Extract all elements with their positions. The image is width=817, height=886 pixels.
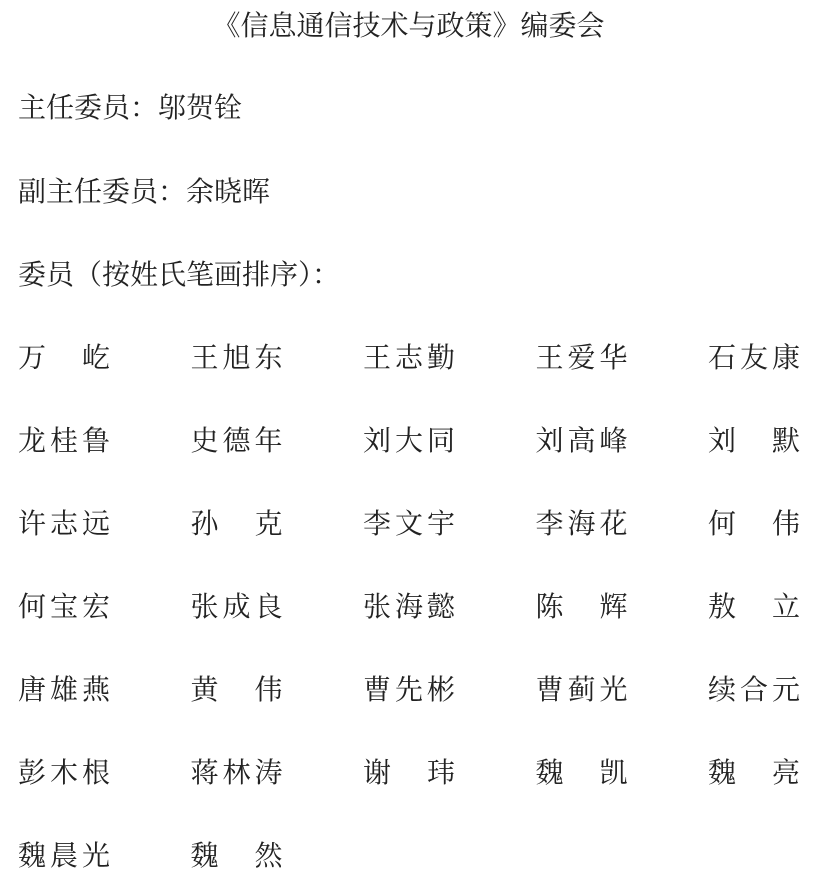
member-name: 刘默 bbox=[708, 421, 800, 461]
member-name-char: 友 bbox=[740, 338, 768, 378]
director-label: 主任委员： bbox=[18, 91, 158, 124]
member-name-char: 魏 bbox=[18, 836, 46, 876]
member-name-char: 石 bbox=[708, 338, 736, 378]
member-name-char: 成 bbox=[222, 587, 250, 627]
member-name-char: 彭 bbox=[18, 753, 46, 793]
member-name-char: 先 bbox=[395, 670, 423, 710]
member-name-char: 玮 bbox=[427, 753, 455, 793]
member-name: 张海懿 bbox=[363, 587, 455, 627]
member-name: 魏晨光 bbox=[18, 836, 110, 876]
member-name: 魏然 bbox=[191, 836, 283, 876]
member-name-char: 懿 bbox=[427, 587, 455, 627]
member-name-char: 张 bbox=[363, 587, 391, 627]
member-name-char: 唐 bbox=[18, 670, 46, 710]
member-name-char: 海 bbox=[567, 504, 595, 544]
member-name-char: 刘 bbox=[363, 421, 391, 461]
member-name-char: 谢 bbox=[363, 753, 391, 793]
member-name-char: 花 bbox=[599, 504, 627, 544]
member-name: 曹蓟光 bbox=[536, 670, 628, 710]
member-name-char: 华 bbox=[599, 338, 627, 378]
member-name: 彭木根 bbox=[18, 753, 110, 793]
member-name: 王志勤 bbox=[363, 338, 455, 378]
member-name: 李文宇 bbox=[363, 504, 455, 544]
member-name-char: 合 bbox=[740, 670, 768, 710]
member-name-char: 凯 bbox=[599, 753, 627, 793]
member-name: 史德年 bbox=[191, 421, 283, 461]
member-name: 何伟 bbox=[708, 504, 800, 544]
member-name: 魏凯 bbox=[536, 753, 628, 793]
members-heading: 委员（按姓氏笔画排序）： bbox=[18, 255, 340, 295]
deputy-director-line: 副主任委员：余晓晖 bbox=[18, 172, 270, 212]
member-name-char: 万 bbox=[18, 338, 46, 378]
member-name-char: 蓟 bbox=[567, 670, 595, 710]
member-name-char: 同 bbox=[427, 421, 455, 461]
member-name-char: 伟 bbox=[254, 670, 282, 710]
member-name: 黄伟 bbox=[191, 670, 283, 710]
member-name-char: 德 bbox=[222, 421, 250, 461]
member-name-char: 鲁 bbox=[82, 421, 110, 461]
member-name-char: 许 bbox=[18, 504, 46, 544]
member-name: 曹先彬 bbox=[363, 670, 455, 710]
member-name: 敖立 bbox=[708, 587, 800, 627]
member-name-char: 东 bbox=[254, 338, 282, 378]
member-name-char: 张 bbox=[191, 587, 219, 627]
member-name-char: 大 bbox=[395, 421, 423, 461]
member-name: 刘高峰 bbox=[536, 421, 628, 461]
director-line: 主任委员：邬贺铨 bbox=[18, 88, 242, 128]
member-name-char: 林 bbox=[222, 753, 250, 793]
member-name-char: 宇 bbox=[427, 504, 455, 544]
member-name-char: 康 bbox=[772, 338, 800, 378]
member-name-char: 宝 bbox=[50, 587, 78, 627]
member-name: 谢玮 bbox=[363, 753, 455, 793]
member-name-char: 志 bbox=[50, 504, 78, 544]
member-name-char: 屹 bbox=[82, 338, 110, 378]
member-name-char: 龙 bbox=[18, 421, 46, 461]
member-name-char: 何 bbox=[18, 587, 46, 627]
member-name-char: 勤 bbox=[427, 338, 455, 378]
member-name-char: 陈 bbox=[536, 587, 564, 627]
member-name-char: 彬 bbox=[427, 670, 455, 710]
member-name: 万屹 bbox=[18, 338, 110, 378]
page-title: 《信息通信技术与政策》编委会 bbox=[0, 6, 817, 46]
member-name: 龙桂鲁 bbox=[18, 421, 110, 461]
member-name: 许志远 bbox=[18, 504, 110, 544]
member-name-char: 立 bbox=[772, 587, 800, 627]
member-name: 王旭东 bbox=[191, 338, 283, 378]
director-name: 邬贺铨 bbox=[158, 91, 242, 124]
member-name-char: 魏 bbox=[191, 836, 219, 876]
member-name: 刘大同 bbox=[363, 421, 455, 461]
member-name-char: 辉 bbox=[599, 587, 627, 627]
member-name-char: 李 bbox=[363, 504, 391, 544]
member-name-char: 何 bbox=[708, 504, 736, 544]
member-name-char: 峰 bbox=[599, 421, 627, 461]
member-name-char: 雄 bbox=[50, 670, 78, 710]
member-name-char: 亮 bbox=[772, 753, 800, 793]
member-name: 陈辉 bbox=[536, 587, 628, 627]
member-name-char: 然 bbox=[254, 836, 282, 876]
member-name: 魏亮 bbox=[708, 753, 800, 793]
member-name-char: 续 bbox=[708, 670, 736, 710]
member-name-char: 王 bbox=[363, 338, 391, 378]
member-name-char: 史 bbox=[191, 421, 219, 461]
member-name: 唐雄燕 bbox=[18, 670, 110, 710]
member-name-char: 光 bbox=[82, 836, 110, 876]
member-name-char: 曹 bbox=[363, 670, 391, 710]
member-name-char: 黄 bbox=[191, 670, 219, 710]
member-name-char: 志 bbox=[395, 338, 423, 378]
member-name-char: 晨 bbox=[50, 836, 78, 876]
member-name-char: 旭 bbox=[222, 338, 250, 378]
member-name-char: 王 bbox=[536, 338, 564, 378]
member-name-char: 涛 bbox=[254, 753, 282, 793]
member-name-char: 远 bbox=[82, 504, 110, 544]
member-name: 张成良 bbox=[191, 587, 283, 627]
member-name-char: 桂 bbox=[50, 421, 78, 461]
member-name: 石友康 bbox=[708, 338, 800, 378]
member-name-char: 海 bbox=[395, 587, 423, 627]
member-name: 李海花 bbox=[536, 504, 628, 544]
member-name-char: 元 bbox=[772, 670, 800, 710]
member-name-char: 良 bbox=[254, 587, 282, 627]
member-name: 何宝宏 bbox=[18, 587, 110, 627]
member-name: 孙克 bbox=[191, 504, 283, 544]
member-name-char: 克 bbox=[254, 504, 282, 544]
member-name-char: 孙 bbox=[191, 504, 219, 544]
member-name-char: 蒋 bbox=[191, 753, 219, 793]
member-name-char: 默 bbox=[772, 421, 800, 461]
member-name-char: 燕 bbox=[82, 670, 110, 710]
member-name-char: 刘 bbox=[536, 421, 564, 461]
member-name-char: 魏 bbox=[536, 753, 564, 793]
member-name-char: 伟 bbox=[772, 504, 800, 544]
member-name-char: 曹 bbox=[536, 670, 564, 710]
member-name-char: 敖 bbox=[708, 587, 736, 627]
member-name-char: 木 bbox=[50, 753, 78, 793]
member-name-char: 根 bbox=[82, 753, 110, 793]
member-name-char: 文 bbox=[395, 504, 423, 544]
member-name-char: 高 bbox=[567, 421, 595, 461]
member-name: 王爱华 bbox=[536, 338, 628, 378]
member-name-char: 王 bbox=[191, 338, 219, 378]
deputy-label: 副主任委员： bbox=[18, 175, 186, 208]
member-name-char: 爱 bbox=[567, 338, 595, 378]
member-name: 蒋林涛 bbox=[191, 753, 283, 793]
member-name: 续合元 bbox=[708, 670, 800, 710]
member-name-char: 刘 bbox=[708, 421, 736, 461]
deputy-name: 余晓晖 bbox=[186, 175, 270, 208]
member-name-char: 李 bbox=[536, 504, 564, 544]
member-name-char: 年 bbox=[254, 421, 282, 461]
member-name-char: 魏 bbox=[708, 753, 736, 793]
member-name-char: 光 bbox=[599, 670, 627, 710]
member-name-char: 宏 bbox=[82, 587, 110, 627]
